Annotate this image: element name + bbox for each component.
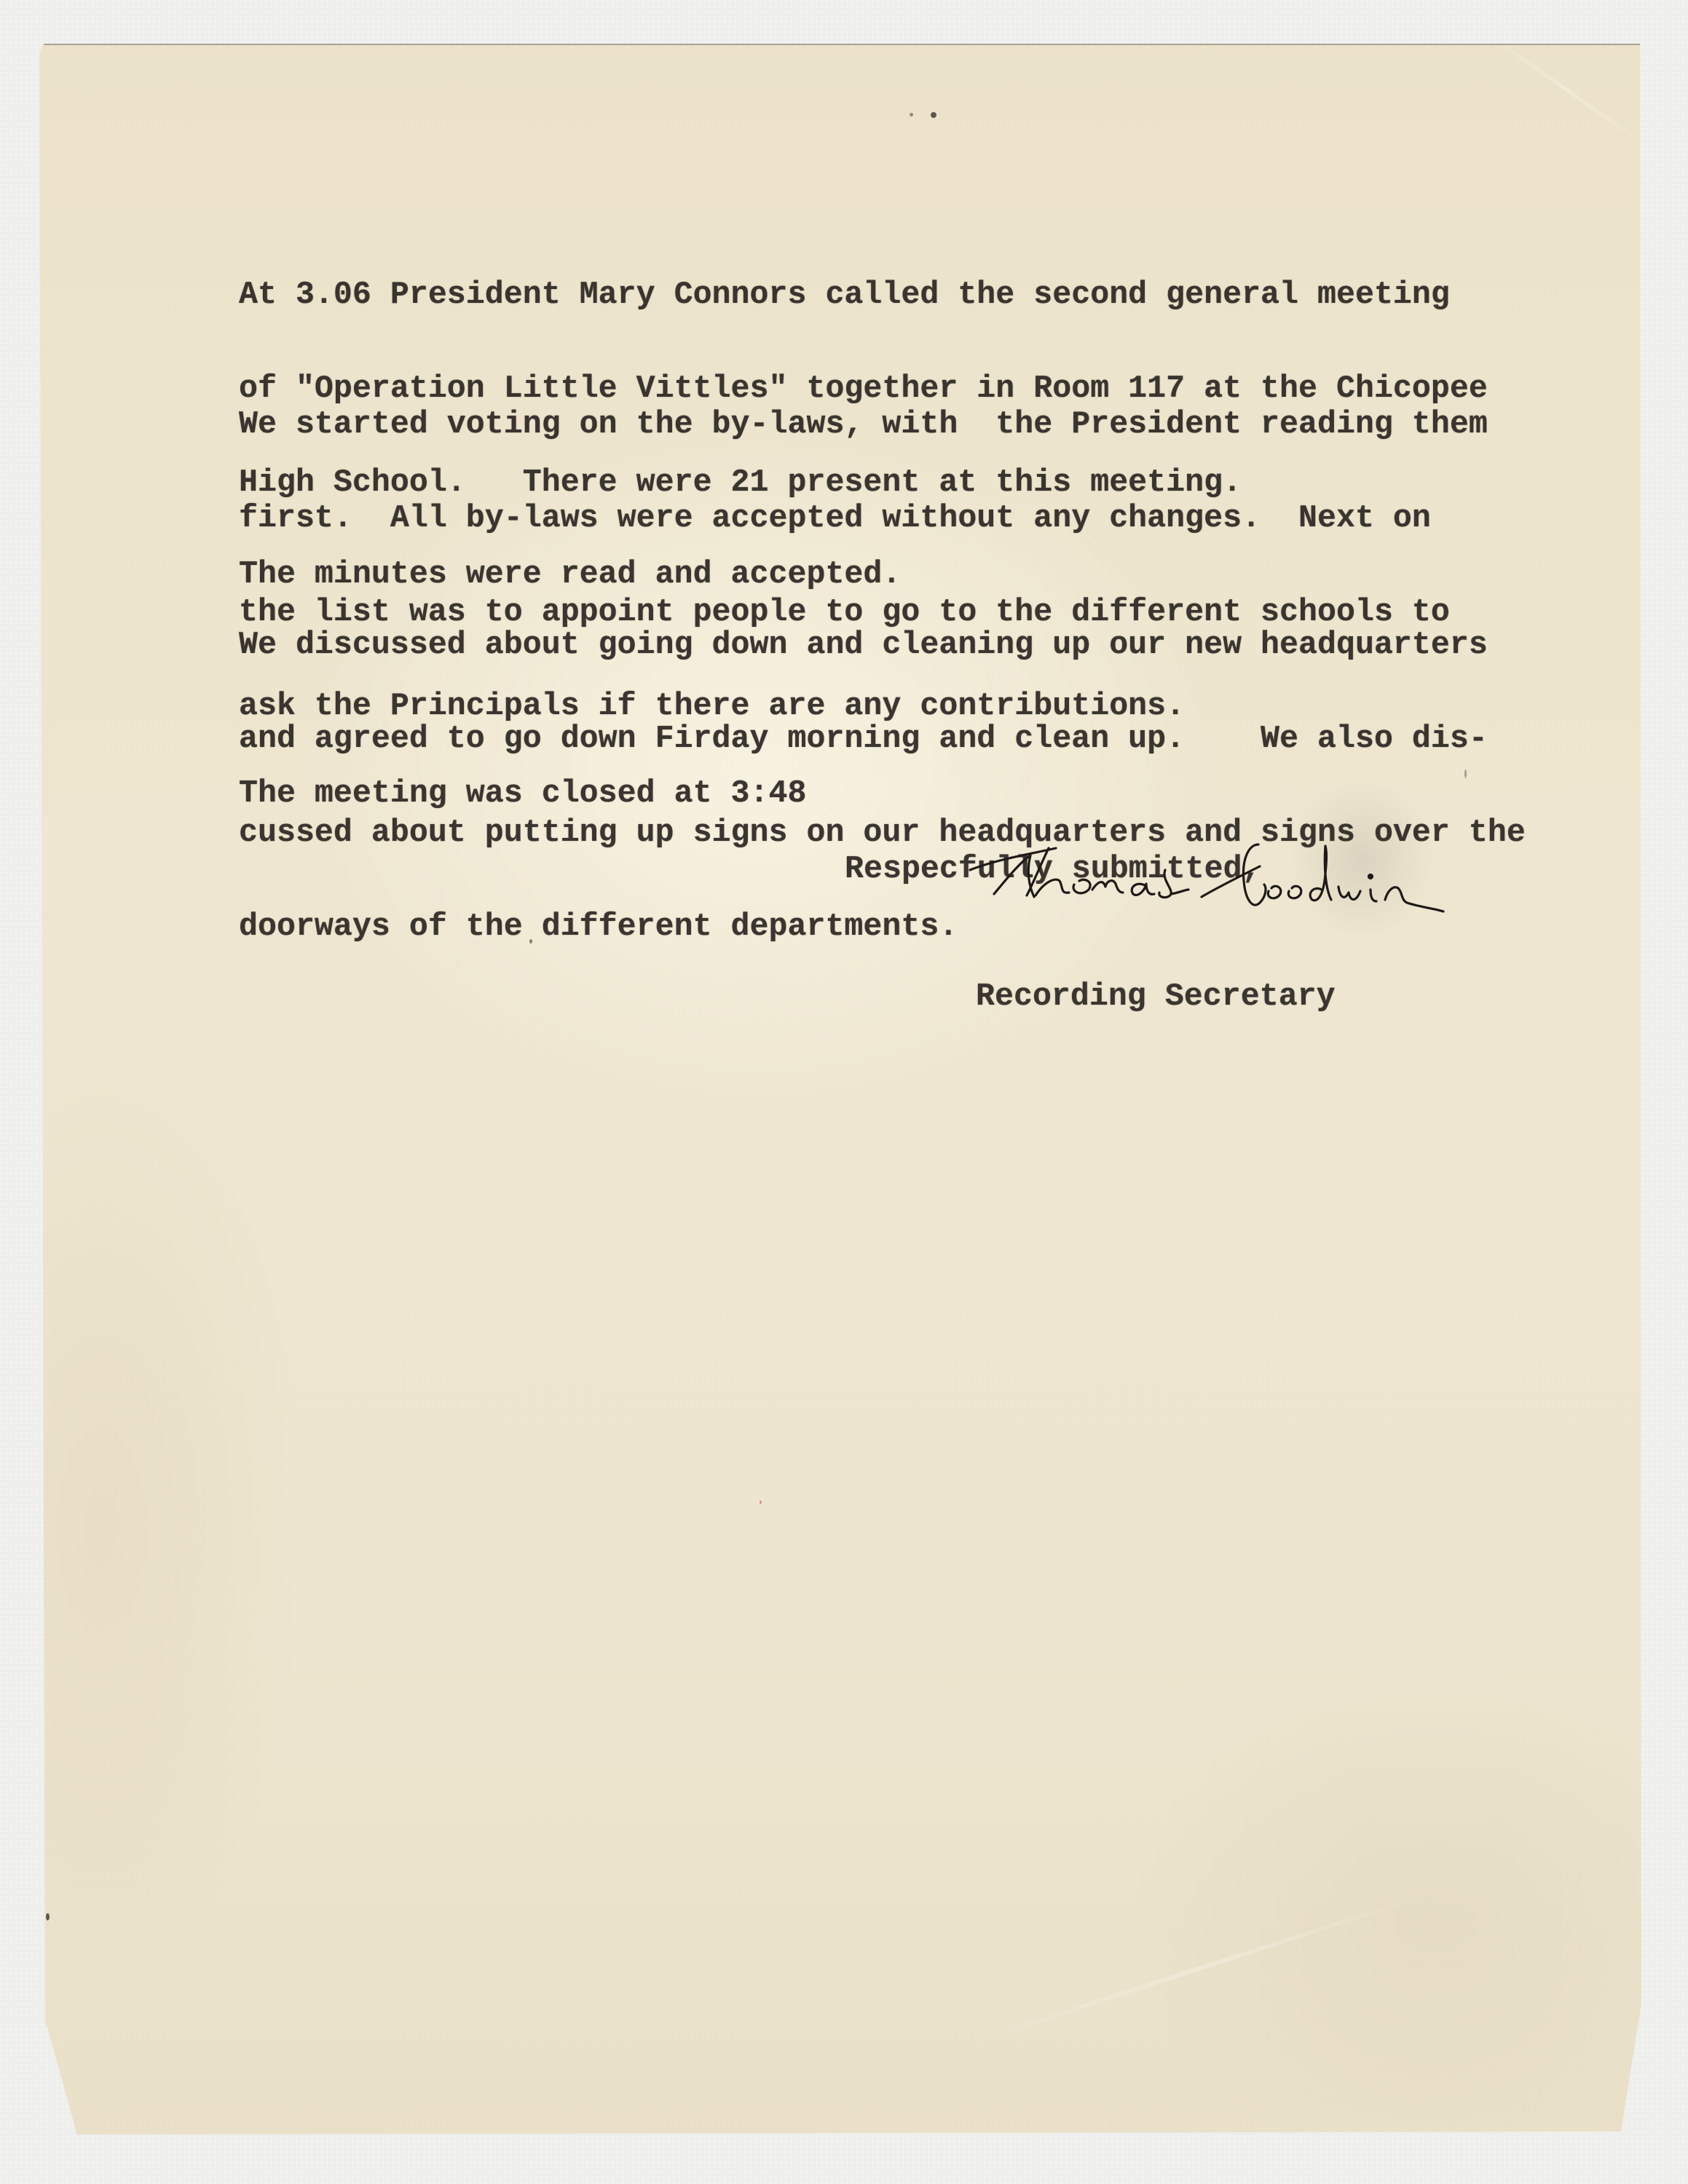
paper-crease bbox=[958, 1887, 1445, 2049]
ink-speck bbox=[760, 1500, 762, 1504]
paper-top-edge bbox=[44, 44, 1640, 45]
ink-speck bbox=[931, 112, 936, 118]
text-line: We started voting on the by-laws, with t… bbox=[239, 409, 1488, 440]
handwritten-signature: Thomas Goodwin bbox=[954, 830, 1551, 932]
signer-title: Recording Secretary bbox=[976, 919, 1336, 1044]
text-line: At 3.06 President Mary Connors called th… bbox=[239, 280, 1488, 311]
text-line: We discussed about going down and cleani… bbox=[239, 630, 1526, 661]
signature-icon bbox=[954, 830, 1551, 932]
ink-speck bbox=[46, 1913, 50, 1920]
text-line: The meeting was closed at 3:48 bbox=[239, 778, 806, 810]
ink-speck bbox=[910, 113, 913, 116]
paragraph-closing-time: The meeting was closed at 3:48 bbox=[239, 716, 806, 841]
signer-title-text: Recording Secretary bbox=[976, 981, 1336, 1013]
